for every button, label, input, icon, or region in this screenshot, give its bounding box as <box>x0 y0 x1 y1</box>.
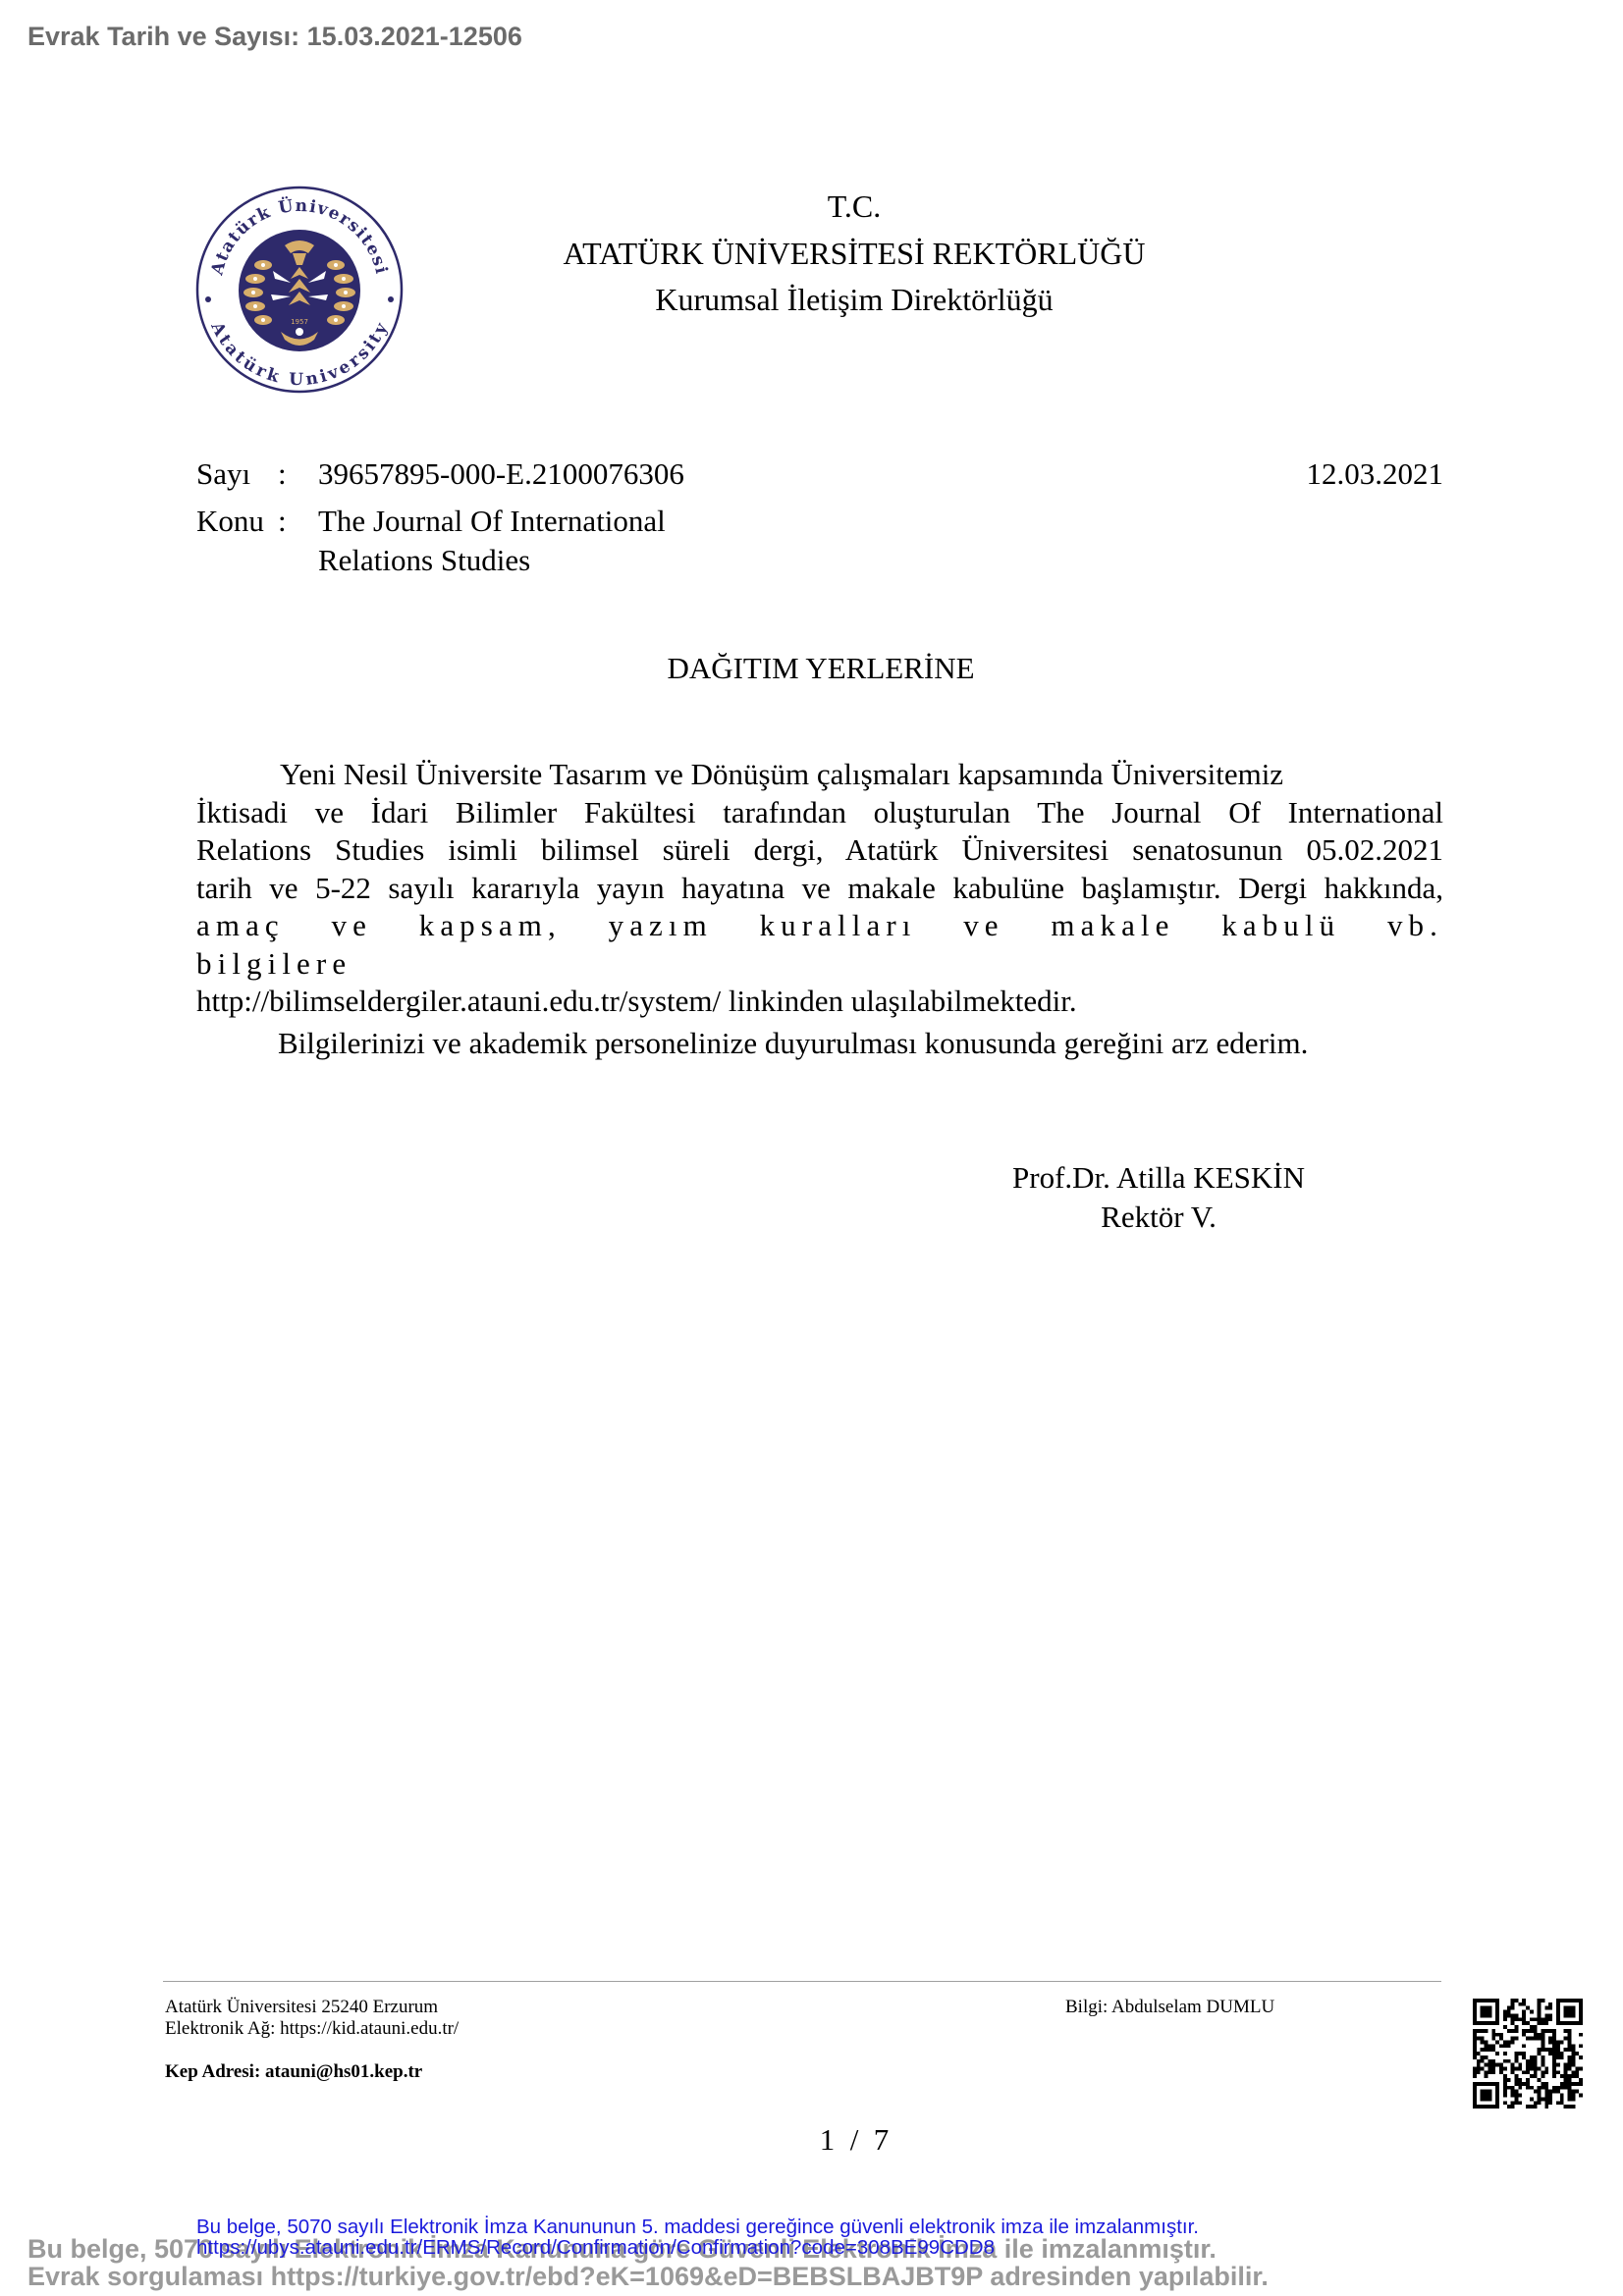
addressee: DAĞITIM YERLERİNE <box>0 651 1623 686</box>
footer-info-contact: Bilgi: Abdulselam DUMLU <box>1065 1997 1274 2018</box>
footer-address: Atatürk Üniversitesi 25240 Erzurum <box>165 1997 438 2018</box>
body-line-link: http://bilimseldergiler.atauni.edu.tr/sy… <box>196 983 1443 1021</box>
footer-divider <box>163 1981 1441 1982</box>
body-paragraph-1: Yeni Nesil Üniversite Tasarım ve Dönüşüm… <box>196 756 1443 1021</box>
konu-value-line-1: The Journal Of International <box>318 504 666 539</box>
body-line: Yeni Nesil Üniversite Tasarım ve Dönüşüm… <box>196 756 1443 794</box>
signatory-name: Prof.Dr. Atilla KESKİN <box>982 1160 1335 1196</box>
konu-label: Konu <box>196 504 264 539</box>
konu-value-line-2: Relations Studies <box>318 543 530 578</box>
document-date: 12.03.2021 <box>1307 456 1444 492</box>
document-query-notice: Evrak sorgulaması https://turkiye.gov.tr… <box>27 2262 1269 2292</box>
body-paragraph-2: Bilgilerinizi ve akademik personelinize … <box>278 1025 1456 1063</box>
confirmation-link[interactable]: https://ubys.atauni.edu.tr/ERMS/Record/C… <box>196 2236 995 2260</box>
body-line: Relations Studies isimli bilimsel süreli… <box>196 831 1443 870</box>
header-institution-title: ATATÜRK ÜNİVERSİTESİ REKTÖRLÜĞÜ <box>0 236 1623 272</box>
qr-code-icon[interactable] <box>1473 1999 1583 2109</box>
body-line: amaç ve kapsam, yazım kuralları ve makal… <box>196 907 1443 983</box>
document-date-number-stamp: Evrak Tarih ve Sayısı: 15.03.2021-12506 <box>27 22 522 52</box>
header-department-title: Kurumsal İletişim Direktörlüğü <box>0 282 1623 318</box>
body-line: tarih ve 5-22 sayılı kararıyla yayın hay… <box>196 870 1443 908</box>
header-state-title: T.C. <box>0 188 1623 225</box>
footer-web: Elektronik Ağ: https://kid.atauni.edu.tr… <box>165 2018 459 2040</box>
body-line: İktisadi ve İdari Bilimler Fakültesi tar… <box>196 794 1443 832</box>
sayi-label: Sayı <box>196 456 250 492</box>
page-indicator: 1 / 7 <box>0 2122 1623 2158</box>
sayi-value: 39657895-000-E.2100076306 <box>318 456 684 492</box>
footer-kep-address: Kep Adresi: atauni@hs01.kep.tr <box>165 2061 422 2083</box>
sayi-colon: : <box>278 456 287 492</box>
signatory-title: Rektör V. <box>982 1200 1335 1235</box>
konu-colon: : <box>278 504 287 539</box>
svg-text:1957: 1957 <box>291 318 308 326</box>
